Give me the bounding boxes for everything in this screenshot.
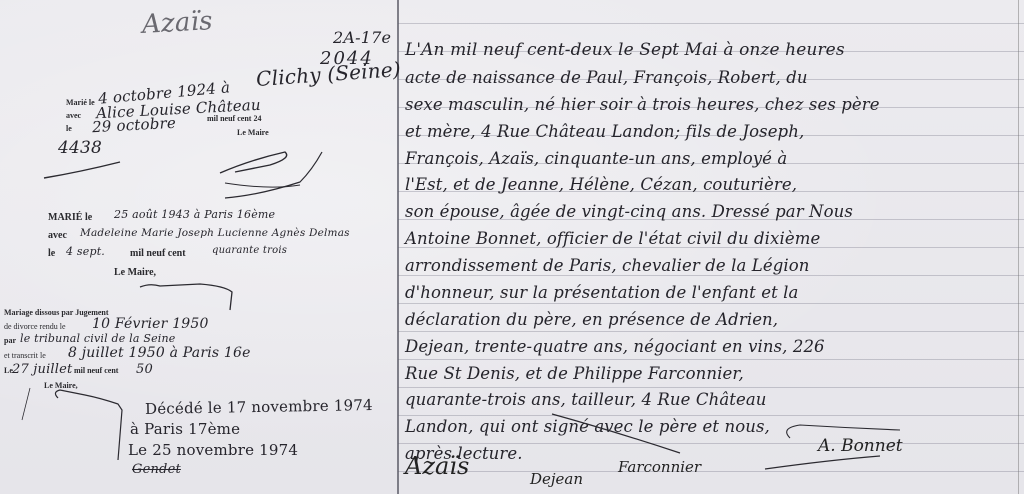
body-line-12: Dejean, trente-quatre ans, négociant en … (405, 337, 825, 356)
body-line-3: sexe masculin, né hier soir à trois heur… (405, 95, 880, 114)
divorce-recorded-date: 27 juillet (12, 362, 72, 377)
marriage-2-printed-year: mil neuf cent (130, 248, 186, 259)
body-line-4: et mère, 4 Rue Château Landon; fils de J… (405, 122, 804, 141)
body-line-15: Landon, qui ont signé avec le père et no… (405, 417, 770, 436)
marriage-2-printed-marie: MARIÉ le (48, 212, 92, 223)
scanned-register-page: Azaïs 2A-17e 2044 Clichy (Seine) 4 octob… (0, 0, 1024, 494)
marriage-1-printed-marie: Marié le (66, 98, 95, 107)
divorce-date: 10 Février 1950 (92, 316, 209, 332)
page-edge-line (1018, 0, 1019, 494)
body-line-5: François, Azaïs, cinquante-un ans, emplo… (405, 149, 787, 168)
body-line-14: quarante-trois ans, tailleur, 4 Rue Chât… (405, 390, 767, 409)
divorce-year: 50 (136, 362, 153, 377)
divorce-printed-par: par (4, 336, 16, 345)
marriage-1-printed-avec: avec (66, 111, 81, 120)
marriage-2-printed-avec: avec (48, 230, 67, 241)
marriage-2-date: 25 août 1943 à Paris 16ème (114, 208, 275, 221)
marriage-1-printed-maire: Le Maire (237, 128, 269, 137)
death-line-2: à Paris 17ème (130, 420, 240, 438)
margin-surname: Azaïs (141, 6, 213, 40)
body-line-9: arrondissement de Paris, chevalier de la… (405, 256, 810, 275)
divorce-printed-year: mil neuf cent (74, 366, 118, 375)
body-line-13: Rue St Denis, et de Philippe Farconnier, (405, 364, 744, 383)
divorce-printed-transcrit: et transcrit le (4, 351, 46, 360)
marriage-2-year: quarante trois (212, 245, 287, 256)
signature-witness-1: Dejean (530, 470, 583, 488)
marriage-2-printed-maire: Le Maire, (114, 267, 156, 278)
divorce-printed-maire: Le Maire, (44, 381, 78, 390)
death-signature: Gendet (132, 462, 181, 477)
body-line-2: acte de naissance de Paul, François, Rob… (405, 68, 808, 87)
marriage-1-recorded-date: 29 octobre (92, 114, 177, 136)
body-line-11: déclaration du père, en présence de Adri… (405, 310, 778, 329)
divorce-printed-line2: de divorce rendu le (4, 322, 66, 331)
body-line-6: l'Est, et de Jeanne, Hélène, Cézan, cout… (405, 175, 797, 194)
marriage-2-printed-le: le (48, 248, 55, 259)
body-line-10: d'honneur, sur la présentation de l'enfa… (405, 283, 798, 302)
signature-father: Azaïs (405, 452, 469, 480)
death-line-1: Décédé le 17 novembre 1974 (145, 396, 373, 418)
marriage-2-spouse: Madeleine Marie Joseph Lucienne Agnès De… (80, 227, 350, 239)
divorce-transcription: 8 juillet 1950 à Paris 16e (68, 345, 251, 361)
marriage-1-printed-le: le (66, 124, 72, 133)
marriage-2-recorded-date: 4 sept. (66, 245, 105, 258)
body-line-8: Antoine Bonnet, officier de l'état civil… (405, 229, 820, 248)
death-line-3: Le 25 novembre 1974 (128, 441, 298, 459)
marriage-1-printed-year: mil neuf cent 24 (207, 114, 261, 123)
marriage-1-number: 4438 (58, 138, 102, 158)
margin-reference-code: 2A-17e (333, 28, 391, 47)
divorce-tribunal: le tribunal civil de la Seine (20, 332, 176, 345)
signature-witness-2: Farconnier (618, 458, 701, 476)
signature-officer: A. Bonnet (818, 436, 903, 456)
body-line-1: L'An mil neuf cent-deux le Sept Mai à on… (405, 40, 845, 60)
body-line-7: son épouse, âgée de vingt-cinq ans. Dres… (405, 202, 853, 221)
marriage-1-place: Clichy (Seine) (255, 57, 401, 91)
officer-signature-flourish (0, 0, 1, 1)
